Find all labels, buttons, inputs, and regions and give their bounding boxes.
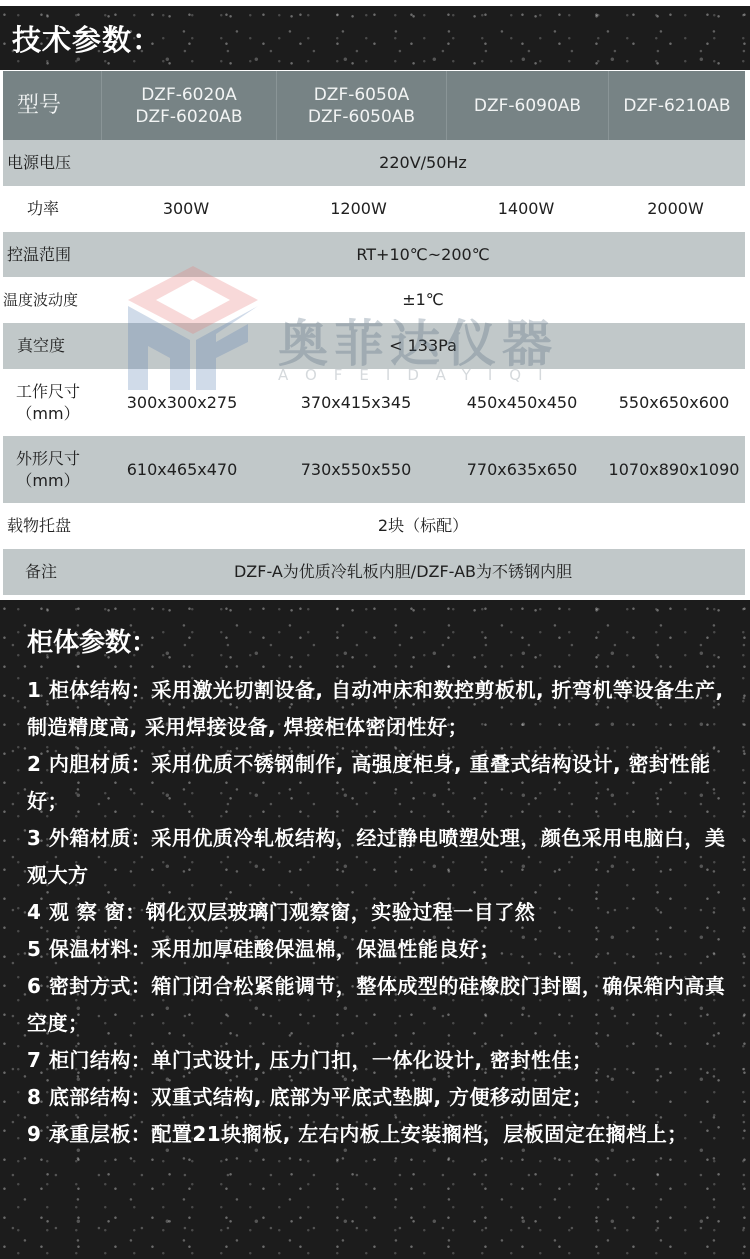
feature-item: 2 内胆材质：采用优质不锈钢制作, 高强度柜身, 重叠式结构设计, 密封性能好； bbox=[27, 746, 737, 820]
row-label: 备注 bbox=[3, 561, 101, 583]
row-value: DZF-A为优质冷轧板内胆/DZF-AB为不锈钢内胆 bbox=[101, 561, 745, 583]
model-name: DZF-6020AB bbox=[102, 106, 276, 128]
model-col-3: DZF-6090AB bbox=[446, 71, 608, 140]
table-row-power-supply: 电源电压 220V/50Hz bbox=[3, 140, 745, 186]
tech-params-header: 技术参数： bbox=[0, 6, 750, 70]
row-value: 770x635x650 bbox=[441, 459, 603, 481]
row-value: 300x300x275 bbox=[93, 392, 271, 414]
row-value: 220V/50Hz bbox=[101, 152, 745, 174]
feature-item: 1 柜体结构：采用激光切割设备, 自动冲床和数控剪板机, 折弯机等设备生产, 制… bbox=[27, 672, 737, 746]
row-label-unit: （mm） bbox=[3, 470, 93, 492]
feature-item: 5 保温材料：采用加厚硅酸保温棉，保温性能良好； bbox=[27, 931, 737, 968]
row-value: 550x650x600 bbox=[603, 392, 745, 414]
feature-item: 9 承重层板：配置21块搁板, 左右内板上安装搁档，层板固定在搁档上； bbox=[27, 1116, 737, 1153]
table-row-tray: 载物托盘 2块（标配） bbox=[3, 503, 745, 549]
row-value: 1070x890x1090 bbox=[603, 459, 745, 481]
model-name: DZF-6090AB bbox=[447, 95, 608, 117]
row-label: 工作尺寸 （mm） bbox=[3, 381, 93, 425]
row-value: < 133Pa bbox=[101, 335, 745, 357]
tech-params-title: 技术参数： bbox=[12, 18, 162, 59]
feature-item: 4 观 察 窗：钢化双层玻璃门观察窗，实验过程一目了然 bbox=[27, 894, 737, 931]
row-label-unit: （mm） bbox=[3, 403, 93, 425]
row-value: 2块（标配） bbox=[101, 515, 745, 537]
row-value: 370x415x345 bbox=[271, 392, 441, 414]
row-label-text: 工作尺寸 bbox=[3, 381, 93, 403]
model-name: DZF-6020A bbox=[102, 84, 276, 106]
model-name: DZF-6050AB bbox=[277, 106, 446, 128]
table-row-temp-range: 控温范围 RT+10℃~200℃ bbox=[3, 232, 745, 277]
row-value: 730x550x550 bbox=[271, 459, 441, 481]
table-row-working-size: 工作尺寸 （mm） 300x300x275 370x415x345 450x45… bbox=[3, 369, 745, 436]
row-value: 1400W bbox=[446, 198, 606, 220]
feature-item: 8 底部结构：双重式结构, 底部为平底式垫脚, 方便移动固定； bbox=[27, 1079, 737, 1116]
cabinet-params-section: 柜体参数： 1 柜体结构：采用激光切割设备, 自动冲床和数控剪板机, 折弯机等设… bbox=[0, 600, 750, 1259]
row-value: RT+10℃~200℃ bbox=[101, 244, 745, 266]
model-col-1: DZF-6020A DZF-6020AB bbox=[101, 71, 276, 140]
cabinet-params-title: 柜体参数： bbox=[27, 622, 157, 659]
table-row-temp-fluctuation: 温度波动度 ±1℃ bbox=[3, 277, 745, 323]
row-label: 载物托盘 bbox=[3, 515, 101, 537]
row-value: 450x450x450 bbox=[441, 392, 603, 414]
feature-item: 7 柜门结构：单门式设计, 压力门扣，一体化设计, 密封性佳； bbox=[27, 1042, 737, 1079]
row-value: 1200W bbox=[271, 198, 446, 220]
model-col-2: DZF-6050A DZF-6050AB bbox=[276, 71, 446, 140]
table-row-remarks: 备注 DZF-A为优质冷轧板内胆/DZF-AB为不锈钢内胆 bbox=[3, 549, 745, 595]
feature-list: 1 柜体结构：采用激光切割设备, 自动冲床和数控剪板机, 折弯机等设备生产, 制… bbox=[27, 672, 737, 1153]
feature-item: 6 密封方式：箱门闭合松紧能调节，整体成型的硅橡胶门封圈，确保箱内高真空度； bbox=[27, 968, 737, 1042]
feature-item: 3 外箱材质：采用优质冷轧板结构，经过静电喷塑处理，颜色采用电脑白，美观大方 bbox=[27, 820, 737, 894]
row-label: 功率 bbox=[3, 198, 101, 220]
row-label: 控温范围 bbox=[3, 244, 101, 266]
table-row-vacuum: 真空度 < 133Pa bbox=[3, 323, 745, 369]
spec-table: 型号 DZF-6020A DZF-6020AB DZF-6050A DZF-60… bbox=[3, 71, 745, 595]
row-value: 300W bbox=[101, 198, 271, 220]
model-name: DZF-6210AB bbox=[609, 95, 745, 117]
model-name: DZF-6050A bbox=[277, 84, 446, 106]
model-col-4: DZF-6210AB bbox=[608, 71, 745, 140]
row-label: 温度波动度 bbox=[3, 289, 101, 311]
table-row-outer-size: 外形尺寸 （mm） 610x465x470 730x550x550 770x63… bbox=[3, 436, 745, 503]
row-label: 电源电压 bbox=[3, 152, 101, 174]
row-value: 610x465x470 bbox=[93, 459, 271, 481]
row-label-text: 外形尺寸 bbox=[3, 448, 93, 470]
row-value: 2000W bbox=[606, 198, 745, 220]
row-label: 真空度 bbox=[3, 335, 101, 357]
model-label: 型号 bbox=[3, 95, 101, 117]
table-row-power: 功率 300W 1200W 1400W 2000W bbox=[3, 186, 745, 232]
table-header-row: 型号 DZF-6020A DZF-6020AB DZF-6050A DZF-60… bbox=[3, 71, 745, 140]
row-label: 外形尺寸 （mm） bbox=[3, 448, 93, 492]
row-value: ±1℃ bbox=[101, 289, 745, 311]
